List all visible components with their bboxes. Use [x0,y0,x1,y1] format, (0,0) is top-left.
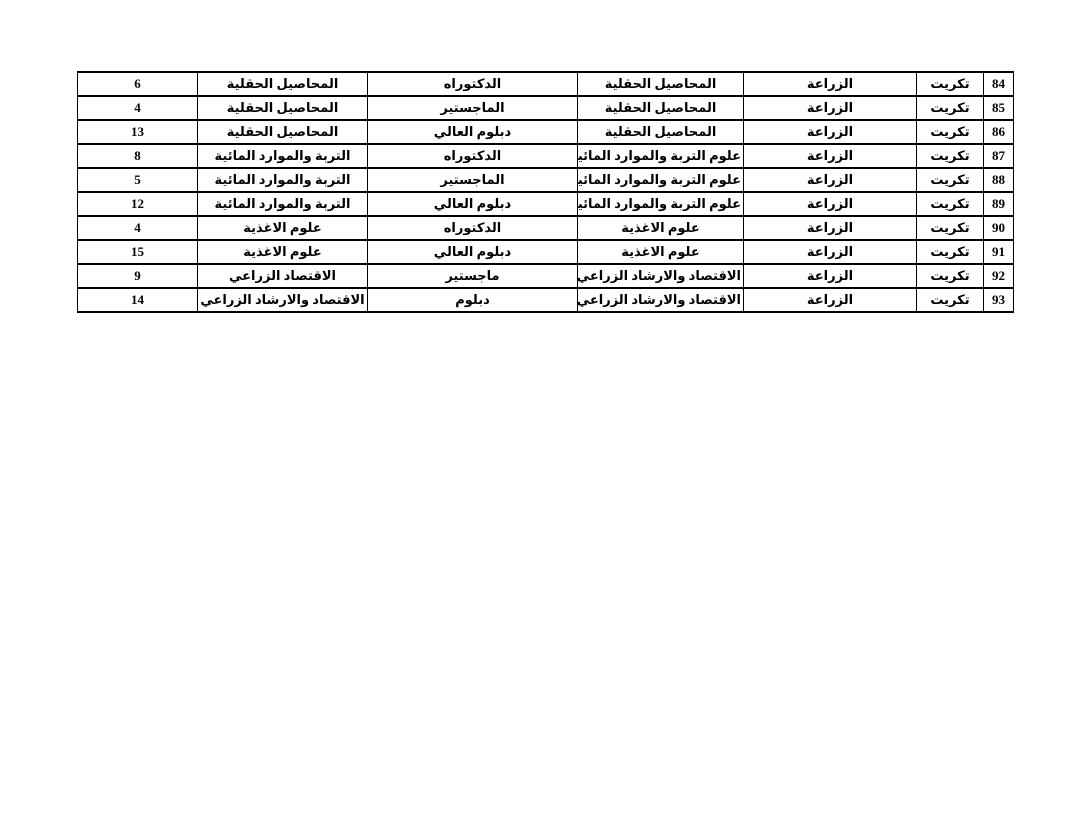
document-page: 84 تكريت الزراعة المحاصيل الحقلية الدكتو… [0,0,1080,834]
cell-university: تكريت [917,120,984,144]
cell-row-number: 89 [984,192,1014,216]
cell-college: الزراعة [744,168,917,192]
cell-college: الزراعة [744,96,917,120]
cell-count: 13 [78,120,198,144]
cell-row-number: 90 [984,216,1014,240]
table-row: 92 تكريت الزراعة الاقتصاد والارشاد الزرا… [78,264,1014,288]
cell-university: تكريت [917,264,984,288]
cell-university: تكريت [917,144,984,168]
cell-university: تكريت [917,216,984,240]
cell-college: الزراعة [744,240,917,264]
cell-specialization: علوم الاغذية [198,216,368,240]
cell-college: الزراعة [744,72,917,96]
cell-university: تكريت [917,288,984,312]
cell-department: علوم التربة والموارد المائية [578,192,744,216]
cell-university: تكريت [917,240,984,264]
cell-university: تكريت [917,192,984,216]
table-row: 93 تكريت الزراعة الاقتصاد والارشاد الزرا… [78,288,1014,312]
cell-specialization: التربة والموارد المائية [198,192,368,216]
cell-count: 4 [78,216,198,240]
cell-count: 6 [78,72,198,96]
cell-university: تكريت [917,72,984,96]
table-row: 88 تكريت الزراعة علوم التربة والموارد ال… [78,168,1014,192]
cell-department: المحاصيل الحقلية [578,72,744,96]
cell-specialization: الاقتصاد والارشاد الزراعي [198,288,368,312]
cell-row-number: 86 [984,120,1014,144]
cell-degree: دبلوم العالي [368,120,578,144]
cell-college: الزراعة [744,192,917,216]
cell-degree: الدكتوراه [368,216,578,240]
cell-specialization: المحاصيل الحقلية [198,72,368,96]
cell-count: 8 [78,144,198,168]
cell-specialization: التربة والموارد المائية [198,168,368,192]
cell-specialization: الاقتصاد الزراعي [198,264,368,288]
table-row: 90 تكريت الزراعة علوم الاغذية الدكتوراه … [78,216,1014,240]
cell-department: علوم التربة والموارد المائية [578,144,744,168]
programs-table: 84 تكريت الزراعة المحاصيل الحقلية الدكتو… [77,71,1014,313]
cell-row-number: 88 [984,168,1014,192]
table-row: 87 تكريت الزراعة علوم التربة والموارد ال… [78,144,1014,168]
cell-department: المحاصيل الحقلية [578,120,744,144]
cell-department: علوم الاغذية [578,240,744,264]
cell-specialization: المحاصيل الحقلية [198,96,368,120]
cell-row-number: 93 [984,288,1014,312]
cell-count: 4 [78,96,198,120]
cell-specialization: التربة والموارد المائية [198,144,368,168]
cell-university: تكريت [917,168,984,192]
cell-college: الزراعة [744,264,917,288]
cell-department: الاقتصاد والارشاد الزراعي [578,264,744,288]
table-row: 85 تكريت الزراعة المحاصيل الحقلية الماجس… [78,96,1014,120]
cell-row-number: 87 [984,144,1014,168]
cell-department: علوم التربة والموارد المائية [578,168,744,192]
cell-row-number: 85 [984,96,1014,120]
cell-university: تكريت [917,96,984,120]
cell-degree: الدكتوراه [368,72,578,96]
cell-specialization: المحاصيل الحقلية [198,120,368,144]
cell-degree: دبلوم [368,288,578,312]
cell-degree: دبلوم العالي [368,192,578,216]
cell-department: الاقتصاد والارشاد الزراعي [578,288,744,312]
cell-department: علوم الاغذية [578,216,744,240]
cell-count: 9 [78,264,198,288]
table-row: 86 تكريت الزراعة المحاصيل الحقلية دبلوم … [78,120,1014,144]
cell-specialization: علوم الاغذية [198,240,368,264]
cell-degree: الماجستير [368,168,578,192]
cell-count: 12 [78,192,198,216]
cell-degree: ماجستير [368,264,578,288]
cell-count: 5 [78,168,198,192]
table-row: 91 تكريت الزراعة علوم الاغذية دبلوم العا… [78,240,1014,264]
cell-row-number: 92 [984,264,1014,288]
cell-count: 15 [78,240,198,264]
cell-college: الزراعة [744,216,917,240]
cell-row-number: 91 [984,240,1014,264]
cell-college: الزراعة [744,288,917,312]
cell-college: الزراعة [744,120,917,144]
table-row: 84 تكريت الزراعة المحاصيل الحقلية الدكتو… [78,72,1014,96]
cell-degree: الماجستير [368,96,578,120]
cell-row-number: 84 [984,72,1014,96]
cell-department: المحاصيل الحقلية [578,96,744,120]
cell-degree: دبلوم العالي [368,240,578,264]
cell-college: الزراعة [744,144,917,168]
cell-degree: الدكتوراه [368,144,578,168]
table-row: 89 تكريت الزراعة علوم التربة والموارد ال… [78,192,1014,216]
cell-count: 14 [78,288,198,312]
